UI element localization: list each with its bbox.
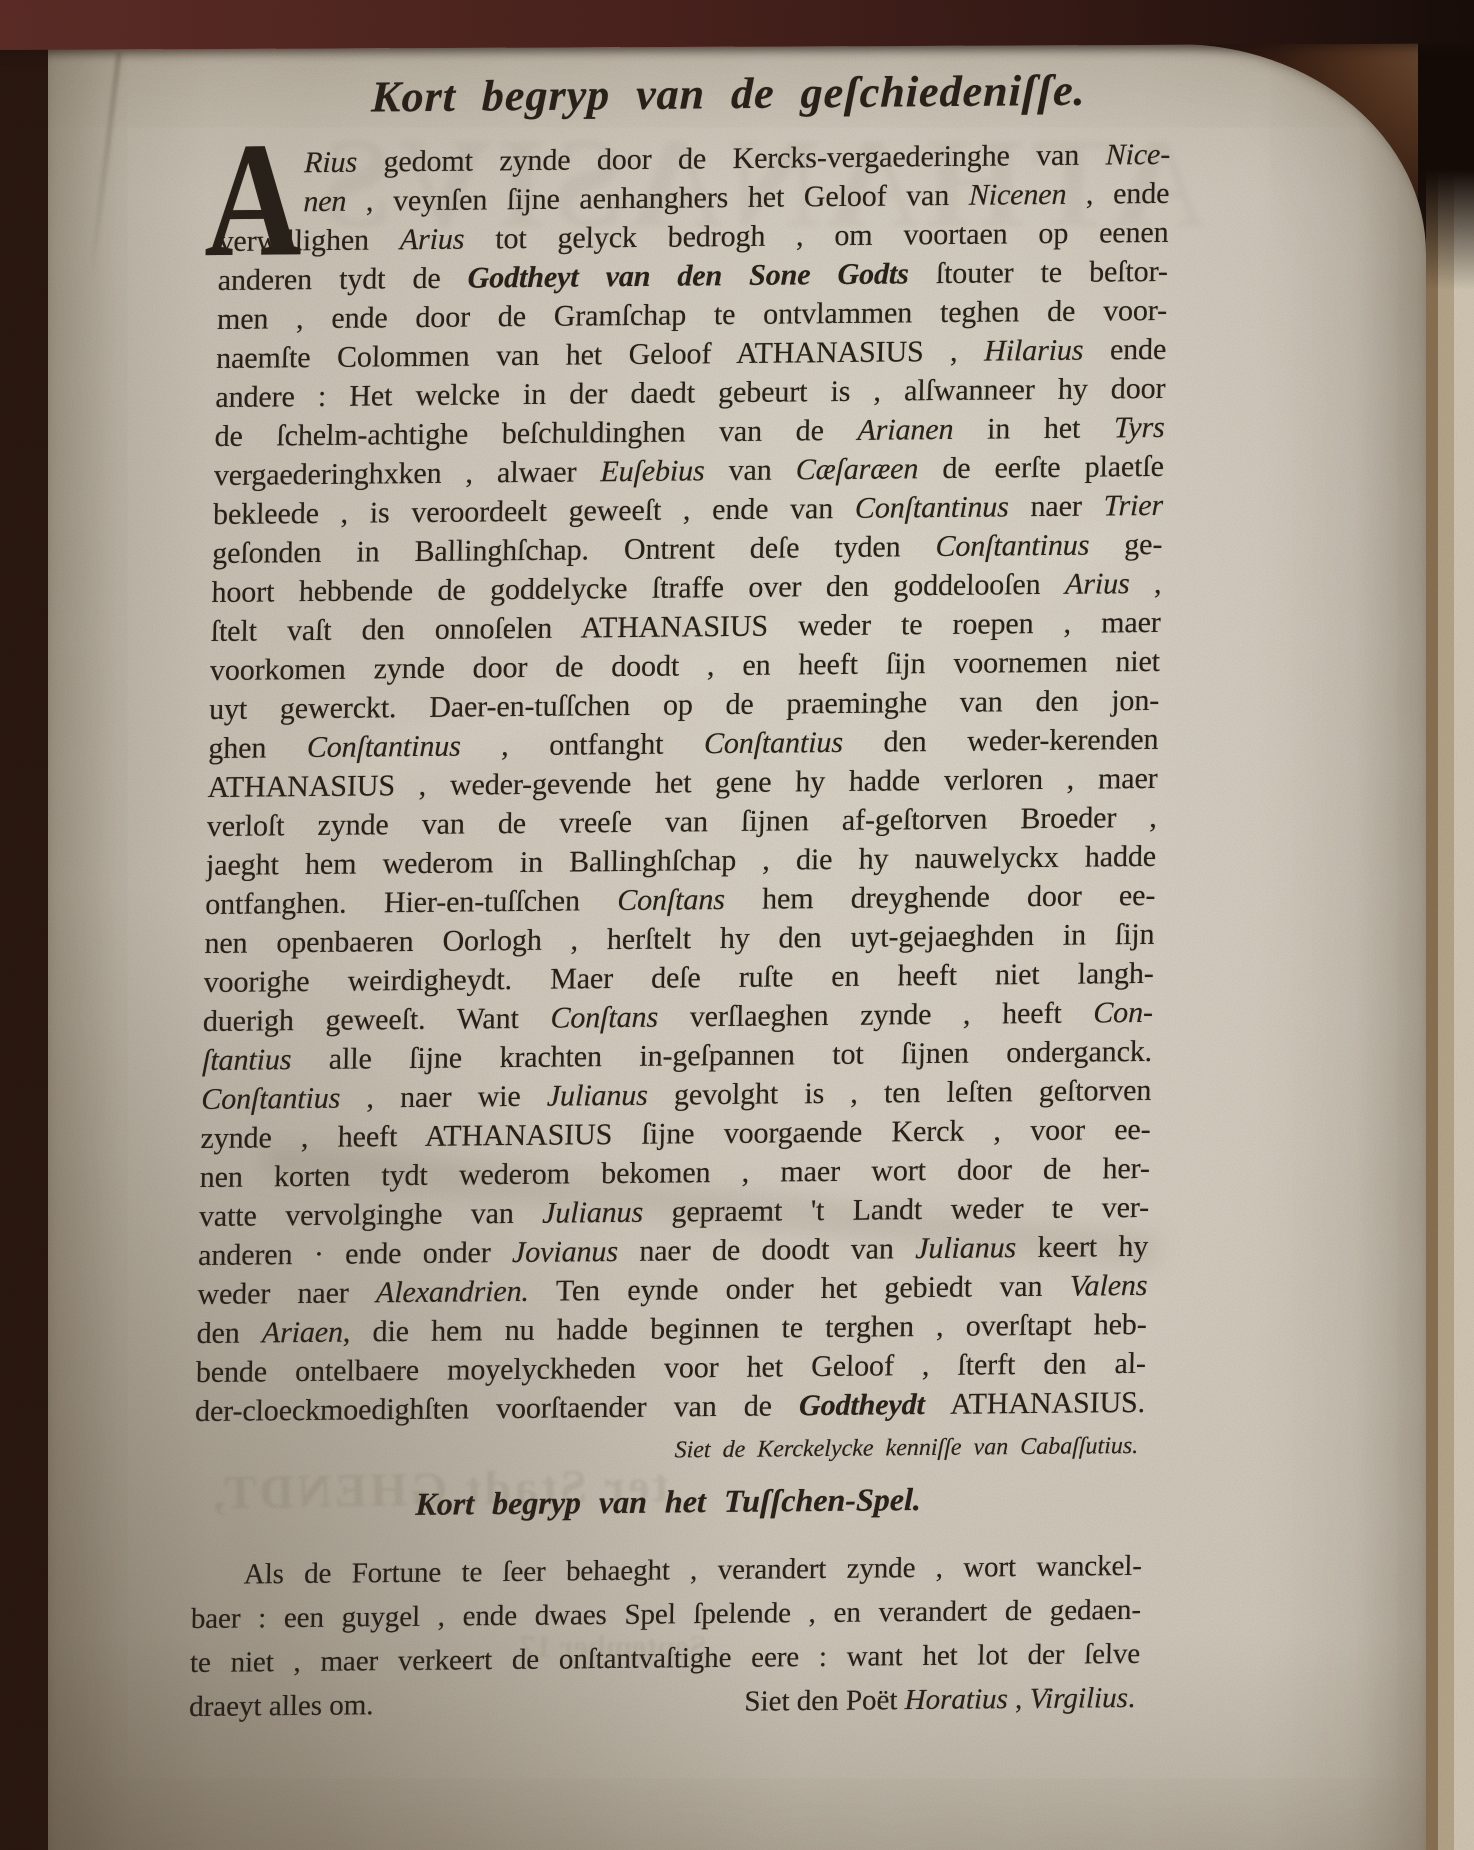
closing-left-text: draeyt alles om. [189, 1683, 374, 1729]
text-line: te niet , maer verkeert de onſtantvaſtig… [190, 1631, 1141, 1684]
page-stack-shadow [1418, 0, 1474, 300]
dropcap-letter: A [204, 145, 303, 256]
paragraph-history: A Rius gedomt zynde door de Kercks-verga… [195, 135, 1171, 1431]
paragraph-interlude: Als de Fortune te ſeer behaeght , verand… [190, 1543, 1143, 1684]
page-text-block: Kort begryp van de geſchiedeniſſe. A Riu… [189, 63, 1172, 1729]
book-cover-band [0, 0, 1474, 50]
interlude-heading: Kort begryp van het Tuſſchen-Spel. [193, 1477, 1144, 1526]
closing-line: draeyt alles om. Siet den Poët Horatius … [189, 1675, 1140, 1728]
page-title: Kort begryp van de geſchiedeniſſe. [285, 63, 1172, 126]
text-line: der-cloeckmoedighſten voorſtaender van d… [195, 1383, 1146, 1431]
book-photo: ATHANASIVS ter Stadt GHENDT, September 1… [0, 0, 1474, 1850]
closing-citation: Siet den Poët Horatius , Virgilius. [744, 1675, 1140, 1723]
history-citation: Siet de Kerckelycke kenniſſe van Cabaſſu… [194, 1431, 1145, 1470]
